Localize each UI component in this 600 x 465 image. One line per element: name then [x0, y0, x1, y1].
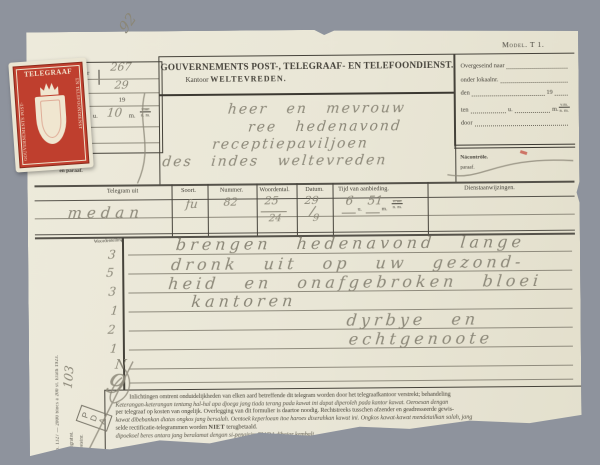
message-signature: echtgenoote: [348, 328, 494, 348]
soort-value: fu: [185, 197, 199, 211]
year-label: 19: [546, 89, 552, 96]
paraaf-label: paraaf.: [460, 165, 474, 171]
col-header-woordental: Woordental.: [259, 186, 289, 193]
door-label: door: [461, 120, 473, 127]
office-name: WELTEVREDEN.: [210, 74, 286, 84]
telegram-form-paper: Model. T 1. 267 onder lnr. 29 19 7 u. 10…: [26, 28, 582, 461]
col-header-telegram-uit: Telegram uit: [107, 187, 138, 194]
tally-mark: 5: [106, 266, 115, 280]
niet-emphasis: NIET: [208, 424, 224, 431]
den-label: den: [461, 90, 470, 97]
col-header-dienstaanwijzingen: Dienstaanwijzingen.: [464, 184, 515, 191]
office-line: Kantoor WELTEVREDEN.: [186, 73, 455, 84]
blank-line: [515, 104, 550, 112]
vm-nm-fraction: v.m. n. m.: [558, 101, 569, 112]
pencil-side-number: 103: [61, 364, 77, 389]
column-divider: [296, 183, 297, 235]
m-label: m.: [129, 112, 136, 119]
u-label: u.: [93, 113, 98, 120]
vm-nm-fraction: v. m. n. m.: [392, 198, 403, 209]
telegrafist-label: Telegrafist.: [69, 396, 75, 454]
blank-line: [500, 74, 567, 83]
column-divider: [427, 182, 428, 234]
tally-mark: 3: [107, 248, 116, 262]
printer-imprint: No. 1327 — 2000 blocs à 200 st. Etath 19…: [55, 314, 61, 454]
forwarded-box: Overgeseind naar onder lokaalnr. den 19 …: [453, 53, 575, 149]
tijd-hour: 6: [345, 194, 354, 208]
u-label: u.: [508, 106, 513, 113]
forwarded-row: ten u. m. v.m. n. m.: [461, 101, 570, 113]
telegraph-service-stamp: TELEGRAAF GOUVERNEMENTS POST- EN TELEFOO…: [8, 57, 93, 172]
origin-value: medan: [67, 203, 145, 222]
overgeseind-label: Overgeseind naar: [460, 62, 504, 69]
blank-line: [472, 88, 545, 97]
tally-mark: 3: [108, 285, 117, 299]
fine-print-text: terugbetaald.: [225, 423, 257, 430]
brace-line: [98, 70, 99, 85]
blank-line: [555, 88, 568, 96]
column-divider: [207, 184, 208, 236]
column-divider: [332, 183, 333, 235]
kantoor-label: Kantoor: [186, 76, 209, 84]
message-signature: dyrbye en: [346, 309, 480, 329]
tally-mark: 1: [110, 304, 119, 318]
woordentelling-label: Woordentelling.: [94, 238, 130, 245]
forwarded-row: Overgeseind naar: [460, 61, 569, 70]
forwarded-row: den 19: [461, 88, 570, 97]
blank-line: [507, 61, 568, 70]
u-label: u.: [358, 206, 362, 212]
nacontrole-right-note: Nácontrôle. paraaf.: [454, 154, 574, 155]
nm-label: n. m.: [140, 111, 151, 117]
col-header-tijd: Tijd van aanbieding.: [338, 185, 389, 192]
pencil-underline: [261, 211, 287, 212]
woordental-corrected: 24: [268, 213, 282, 224]
message-line: heid en onafgebroken bloei: [167, 271, 543, 293]
datum-day: 29: [304, 194, 319, 207]
message-line: brengen hedenavond lange: [175, 232, 526, 254]
nacontrole-label: Nácontrôle.: [460, 154, 488, 160]
forwarded-row: onder lokaalnr.: [461, 74, 570, 83]
forwarded-row: door: [461, 118, 570, 127]
blank-line: [366, 212, 380, 213]
blank-line: [474, 118, 568, 127]
fine-print-text: selde rectificatie-telegrammen worden: [116, 424, 209, 432]
header-box: GOUVERNEMENTS POST-, TELEGRAAF- EN TELEF…: [158, 54, 456, 186]
red-pencil-mark: [520, 150, 527, 154]
nummer-value: 82: [223, 196, 238, 209]
blank-line: [342, 213, 356, 214]
col-header-nummer: Nummer.: [220, 187, 243, 194]
header-rule: [160, 92, 455, 97]
nm-label: n. m.: [392, 203, 403, 209]
stamp-red-field: TELEGRAAF GOUVERNEMENTS POST- EN TELEFOO…: [13, 62, 90, 169]
message-line: kantoren: [191, 291, 298, 311]
address-line: heer en mevrouw: [227, 100, 407, 118]
nm-label: n. m.: [558, 106, 569, 112]
vm-nm-fraction: v.m. n. m.: [140, 106, 151, 117]
m-label: m.: [382, 206, 388, 212]
conditions-fine-print: Inlichtingen omtrent onduidelijkheden va…: [104, 386, 591, 451]
col-header-datum: Datum.: [305, 186, 323, 193]
address-line: des indes weltevreden: [162, 152, 389, 170]
year-label: 19: [119, 97, 126, 104]
column-divider: [256, 183, 257, 235]
address-line: receptiepaviljoen: [211, 135, 369, 152]
rule-line: [129, 379, 573, 384]
handwritten-serial-number: 267: [110, 60, 132, 73]
tally-mark: 2: [107, 323, 116, 337]
form-model-label: Model. T 1.: [478, 40, 568, 50]
address-line: ree hedenavond: [247, 118, 402, 135]
ten-label: ten: [461, 106, 469, 113]
lokaalnr-label: onder lokaalnr.: [461, 76, 499, 83]
tally-mark: 1: [109, 342, 118, 356]
service-title: GOUVERNEMENTS POST-, TELEGRAAF- EN TELEF…: [159, 60, 454, 73]
handwritten-lnr: 29: [114, 79, 129, 92]
blank-line: [470, 105, 505, 113]
column-divider: [171, 184, 172, 236]
rule-line: [129, 365, 573, 370]
scanned-telegram-document: Model. T 1. 267 onder lnr. 29 19 7 u. 10…: [0, 0, 600, 465]
col-header-soort: Soort.: [181, 187, 196, 194]
tijd-minute: 51: [367, 193, 384, 207]
woordental-value: 25: [264, 194, 279, 207]
handwritten-minute: 10: [106, 106, 123, 120]
datum-month: 9: [312, 213, 319, 224]
